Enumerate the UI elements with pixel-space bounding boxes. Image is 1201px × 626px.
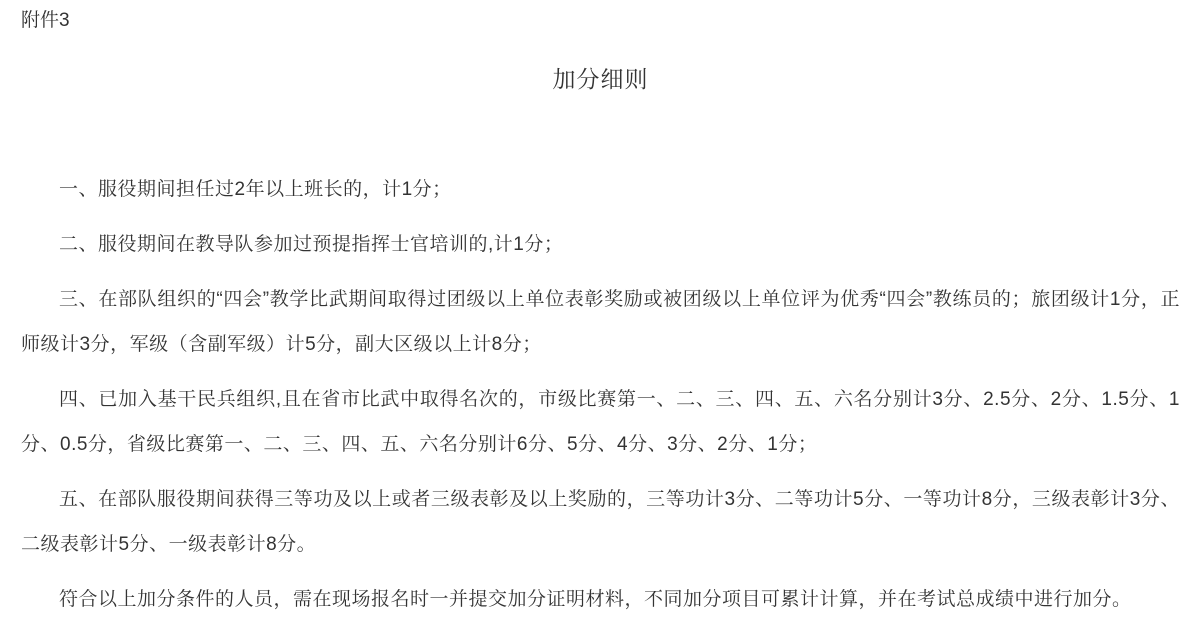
document-page: 附件3 加分细则 一、服役期间担任过2年以上班长的，计1分； 二、服役期间在教导… [0, 0, 1201, 626]
rule-paragraph-5: 五、在部队服役期间获得三等功及以上或者三级表彰及以上奖励的，三等功计3分、二等功… [21, 477, 1180, 567]
page-title: 加分细则 [21, 64, 1180, 94]
rule-paragraph-3: 三、在部队组织的“四会”教学比武期间取得过团级以上单位表彰奖励或被团级以上单位评… [21, 277, 1180, 367]
rule-paragraph-2: 二、服役期间在教导队参加过预提指挥士官培训的,计1分； [21, 222, 1180, 267]
closing-paragraph: 符合以上加分条件的人员，需在现场报名时一并提交加分证明材料，不同加分项目可累计计… [21, 577, 1180, 622]
rule-paragraph-4: 四、已加入基干民兵组织,且在省市比武中取得名次的，市级比赛第一、二、三、四、五、… [21, 377, 1180, 467]
document-body: 一、服役期间担任过2年以上班长的，计1分； 二、服役期间在教导队参加过预提指挥士… [21, 167, 1180, 622]
attachment-label: 附件3 [21, 8, 1180, 34]
rule-paragraph-1: 一、服役期间担任过2年以上班长的，计1分； [21, 167, 1180, 212]
